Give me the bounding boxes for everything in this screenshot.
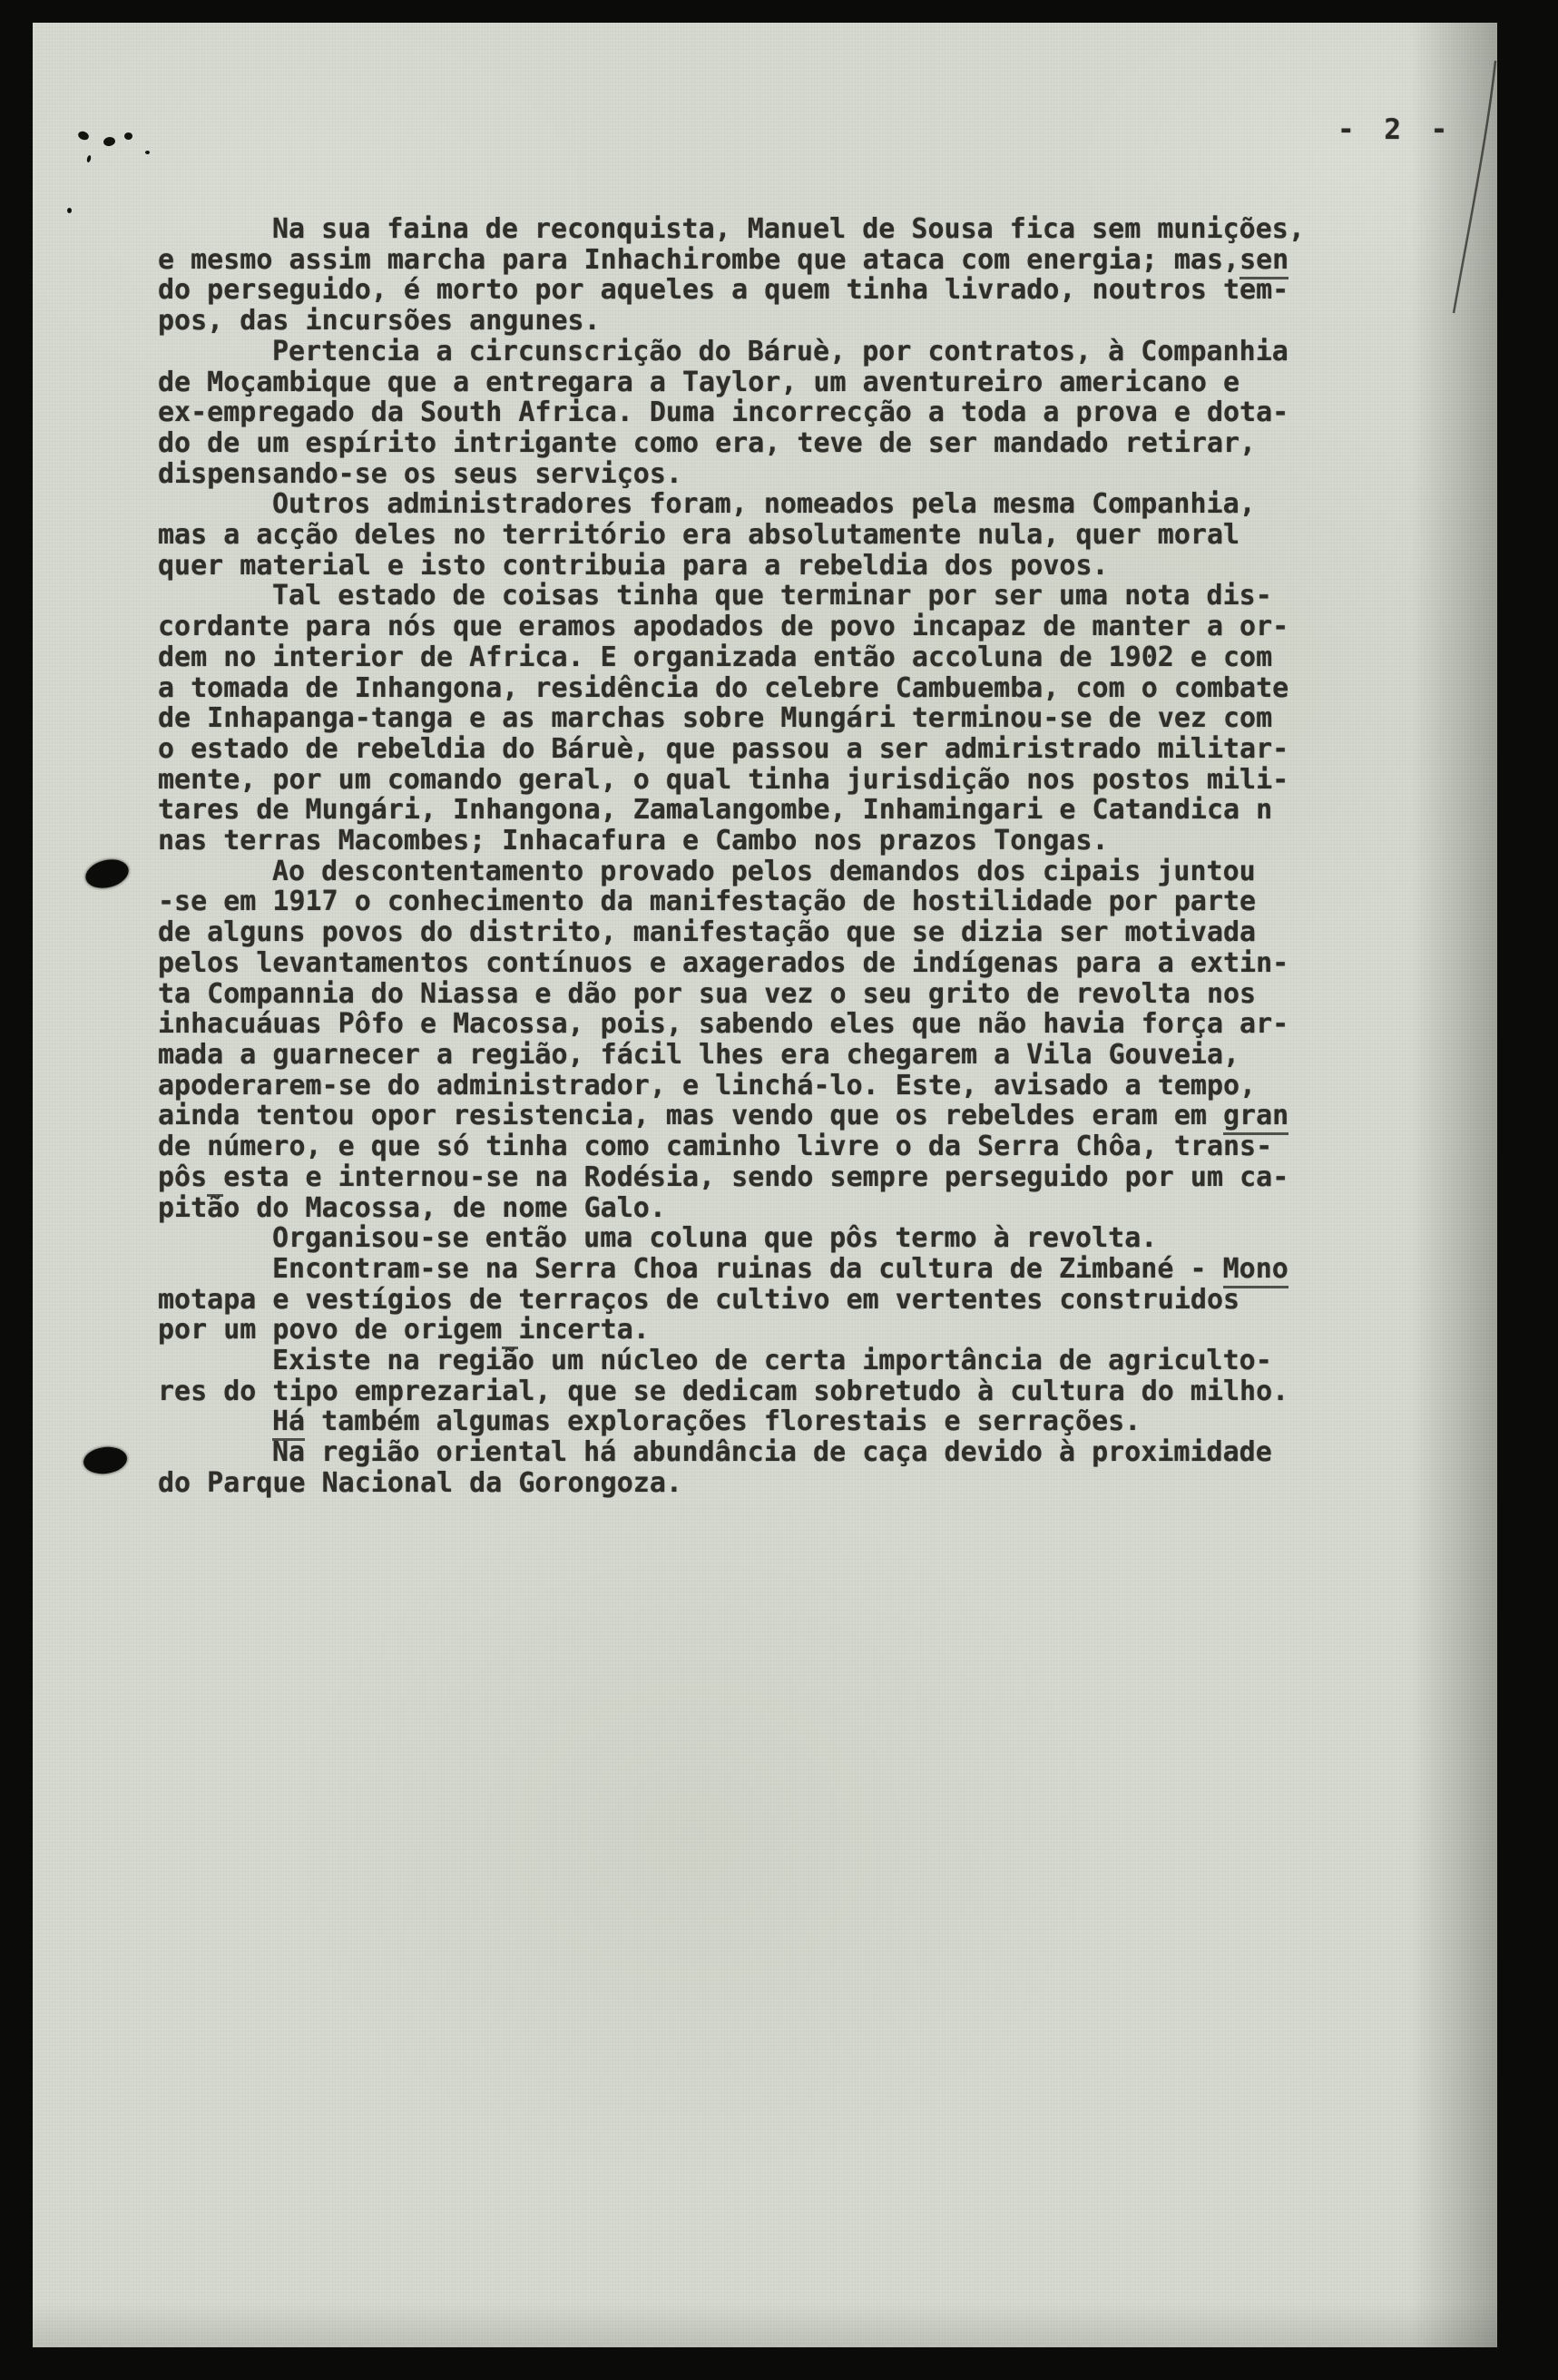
text-line: -se em 1917 o conhecimento da manifestaç… [158,886,1365,917]
text-segment: dispensando-se os seus serviços. [158,458,682,490]
text-segment: e mesmo assim marcha para Inhachirombe q… [158,244,1240,276]
text-line: Na região oriental há abundância de caça… [158,1437,1365,1468]
text-line: Encontram-se na Serra Choa ruinas da cul… [158,1254,1365,1285]
text-line: ex-empregado da South Africa. Duma incor… [158,397,1365,428]
text-line: pitão do Macossa, de nome Galo. [158,1193,1365,1224]
text-line: quer material e isto contribuia para a r… [158,551,1365,582]
text-line: dem no interior de Africa. E organizada … [158,642,1365,673]
text-segment: inhacuáuas Pôfo e Macossa, pois, sabendo… [158,1008,1289,1040]
text-segment: -se em 1917 o conhecimento da manifestaç… [158,886,1256,917]
text-line: e mesmo assim marcha para Inhachirombe q… [158,245,1365,276]
text-segment: Na sua faina de reconquista, Manuel de S… [272,213,1305,245]
text-line: motapa e vestígios de terraços de cultiv… [158,1285,1365,1316]
text-line: do perseguido, é morto por aqueles a que… [158,275,1365,306]
text-segment: de alguns povos do distrito, manifestaçã… [158,916,1256,948]
text-segment: pos, das incursões angunes. [158,305,601,337]
text-segment: Ao descontentamento provado pelos demand… [272,856,1256,887]
text-segment: do de um espírito intrigante como era, t… [158,427,1256,459]
text-segment: mas a acção deles no território era abso… [158,519,1240,551]
scan-edge-shadow [1411,23,1497,2347]
text-segment: Pertencia a circunscrição do Báruè, por … [272,336,1289,367]
text-segment: pôs [158,1161,207,1193]
text-line: nas terras Macombes; Inhacafura e Cambo … [158,826,1365,857]
text-segment: res do tipo emprezarial, que se dedicam … [158,1376,1289,1407]
text-segment: cordante para nós que eramos apodados de… [158,611,1289,642]
ink-speck [103,136,116,147]
hole-punch-icon [83,856,132,893]
text-line: por um povo de origem incerta. [158,1315,1365,1346]
text-segment: nas terras Macombes; Inhacafura e Cambo … [158,825,1109,857]
text-segment: também algumas explorações florestais e … [305,1405,1141,1437]
text-line: apoderarem-se do administrador, e linchá… [158,1071,1365,1102]
text-line: do de um espírito intrigante como era, t… [158,428,1365,459]
text-segment: Organisou-se então uma coluna que pôs te… [272,1222,1157,1254]
text-line: mas a acção deles no território era abso… [158,520,1365,551]
text-line: Há também algumas explorações florestais… [158,1406,1365,1437]
text-line: ainda tentou opor resistencia, mas vendo… [158,1101,1365,1131]
text-segment: quer material e isto contribuia para a r… [158,550,1109,582]
text-segment: motapa e vestígios de terraços de cultiv… [158,1284,1240,1316]
text-line: Organisou-se então uma coluna que pôs te… [158,1223,1365,1254]
text-segment: dem no interior de Africa. E organizada … [158,642,1272,673]
text-line: de alguns povos do distrito, manifestaçã… [158,917,1365,948]
text-segment: mada a guarnecer a região, fácil lhes er… [158,1039,1240,1071]
scan-edge-shadow [33,2302,1497,2347]
text-line: mada a guarnecer a região, fácil lhes er… [158,1040,1365,1071]
ink-speck [145,151,150,154]
typewritten-text: Na sua faina de reconquista, Manuel de S… [158,214,1365,1499]
text-segment: Tal estado de coisas tinha que terminar … [272,580,1272,612]
text-segment: de Moçambique que a entregara a Taylor, … [158,367,1240,398]
text-segment: incerta. [518,1314,650,1346]
text-line: Na sua faina de reconquista, Manuel de S… [158,214,1365,245]
text-segment: pelos levantamentos contínuos e axagerad… [158,947,1289,979]
text-segment: esta e internou-se na Rodésia, sendo sem… [223,1161,1289,1193]
ink-speck [124,132,132,140]
text-segment: ex-empregado da South Africa. Duma incor… [158,397,1289,428]
document-page: - 2 - Na sua faina de reconquista, Manue… [33,23,1497,2347]
text-segment: de número, e que só tinha como caminho l… [158,1131,1272,1162]
text-segment: Outros administradores foram, nomeados p… [272,488,1256,520]
text-segment: pitão do Macossa, de nome Galo. [158,1192,666,1224]
text-line: Ao descontentamento provado pelos demand… [158,857,1365,887]
text-segment: Na região oriental há abundância de caça… [272,1436,1272,1468]
text-line: de Inhapanga-tanga e as marchas sobre Mu… [158,703,1365,734]
text-segment: mente, por um comando geral, o qual tinh… [158,764,1289,796]
text-line: ta Compannia do Niassa e dão por sua vez… [158,979,1365,1010]
text-segment: por um povo de origem [158,1314,502,1346]
text-segment: do Parque Nacional da Gorongoza. [158,1467,682,1499]
ink-speck [86,155,92,163]
text-segment: ta Compannia do Niassa e dão por sua vez… [158,978,1256,1010]
text-segment: do perseguido, é morto por aqueles a que… [158,274,1289,306]
scan-background: - 2 - Na sua faina de reconquista, Manue… [0,0,1558,2380]
text-line: do Parque Nacional da Gorongoza. [158,1468,1365,1499]
text-segment: apoderarem-se do administrador, e linchá… [158,1070,1256,1102]
text-line: a tomada de Inhangona, residência do cel… [158,673,1365,704]
text-segment: Existe na região um núcleo de certa impo… [272,1345,1272,1376]
text-line: cordante para nós que eramos apodados de… [158,612,1365,642]
text-line: Pertencia a circunscrição do Báruè, por … [158,337,1365,367]
text-line: Existe na região um núcleo de certa impo… [158,1346,1365,1376]
text-line: o estado de rebeldia do Báruè, que passo… [158,734,1365,765]
text-line: inhacuáuas Pôfo e Macossa, pois, sabendo… [158,1009,1365,1040]
text-segment: a tomada de Inhangona, residência do cel… [158,672,1289,704]
text-line: mente, por um comando geral, o qual tinh… [158,765,1365,796]
text-line: tares de Mungári, Inhangona, Zamalangomb… [158,795,1365,826]
text-line: res do tipo emprezarial, que se dedicam … [158,1376,1365,1407]
hole-punch-icon [82,1445,128,1476]
text-segment: de Inhapanga-tanga e as marchas sobre Mu… [158,702,1272,734]
text-line: pôs esta e internou-se na Rodésia, sendo… [158,1162,1365,1193]
text-line: de número, e que só tinha como caminho l… [158,1131,1365,1162]
text-line: Outros administradores foram, nomeados p… [158,489,1365,520]
text-segment: Encontram-se na Serra Choa ruinas da cul… [272,1253,1223,1285]
ink-speck [67,208,72,213]
text-line: dispensando-se os seus serviços. [158,459,1365,490]
text-line: de Moçambique que a entregara a Taylor, … [158,367,1365,398]
text-line: pelos levantamentos contínuos e axagerad… [158,948,1365,979]
text-line: Tal estado de coisas tinha que terminar … [158,581,1365,612]
text-line: pos, das incursões angunes. [158,306,1365,337]
text-segment: ainda tentou opor resistencia, mas vendo… [158,1100,1223,1131]
ink-speck [77,130,90,142]
text-segment: o estado de rebeldia do Báruè, que passo… [158,733,1289,765]
text-segment: tares de Mungári, Inhangona, Zamalangomb… [158,794,1272,826]
